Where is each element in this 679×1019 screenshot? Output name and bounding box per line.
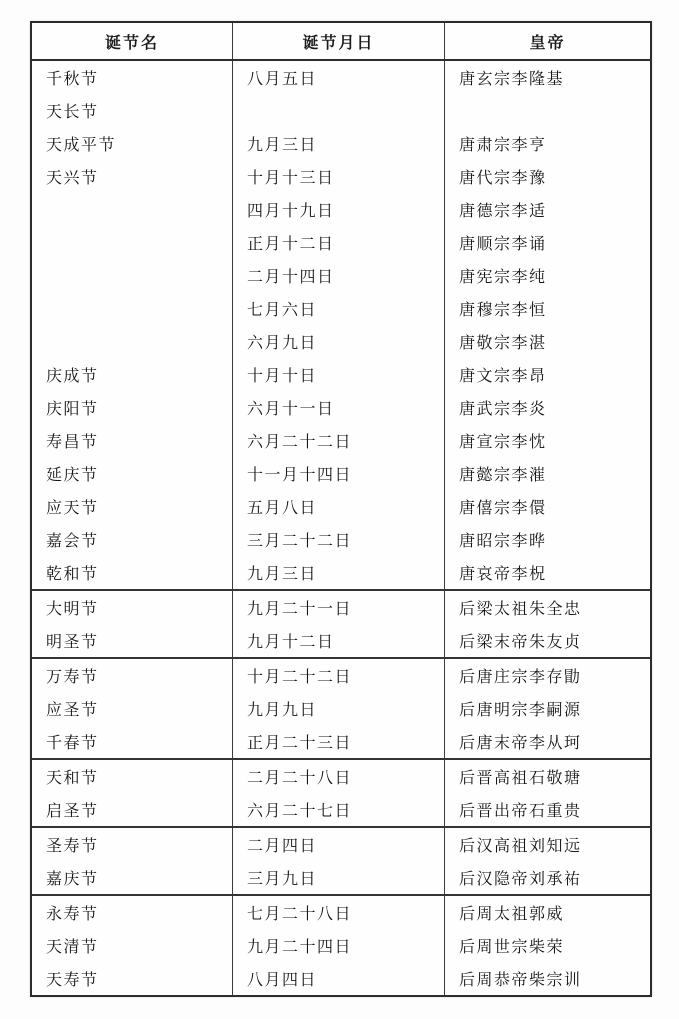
table-row: 正月十二日唐顺宗李诵 (32, 226, 650, 259)
table-row: 大明节九月二十一日后梁太祖朱全忠 (32, 591, 650, 624)
festival-date-cell: 八月四日 (233, 962, 445, 995)
emperor-cell: 唐僖宗李儇 (445, 490, 650, 523)
festival-name-cell: 天清节 (32, 929, 233, 962)
festival-name-cell (32, 325, 233, 358)
festival-date-cell: 九月二十四日 (233, 929, 445, 962)
festival-name-cell (32, 226, 233, 259)
emperor-cell: 后汉高祖刘知远 (445, 828, 650, 861)
table-row: 天和节二月二十八日后晋高祖石敬瑭 (32, 760, 650, 793)
table-row: 万寿节十月二十二日后唐庄宗李存勖 (32, 659, 650, 692)
festival-date-cell: 十月十三日 (233, 160, 445, 193)
emperor-cell: 唐肃宗李亨 (445, 127, 650, 160)
festival-date-cell: 三月二十二日 (233, 523, 445, 556)
table-section: 大明节九月二十一日后梁太祖朱全忠明圣节九月十二日后梁末帝朱友贞 (32, 591, 650, 659)
table-section: 永寿节七月二十八日后周太祖郭威天清节九月二十四日后周世宗柴荣天寿节八月四日后周恭… (32, 896, 650, 995)
festival-date-cell: 五月八日 (233, 490, 445, 523)
festival-name-cell: 千秋节 (32, 61, 233, 94)
table-row: 乾和节九月三日唐哀帝李柷 (32, 556, 650, 589)
table-row: 明圣节九月十二日后梁末帝朱友贞 (32, 624, 650, 657)
table-row: 寿昌节六月二十二日唐宣宗李忱 (32, 424, 650, 457)
table-row: 天兴节十月十三日唐代宗李豫 (32, 160, 650, 193)
festival-date-cell: 七月二十八日 (233, 896, 445, 929)
table-body: 千秋节八月五日唐玄宗李隆基天长节天成平节九月三日唐肃宗李亨天兴节十月十三日唐代宗… (32, 61, 650, 995)
emperor-cell: 唐敬宗李湛 (445, 325, 650, 358)
emperor-cell: 后周世宗柴荣 (445, 929, 650, 962)
emperor-cell: 唐宪宗李纯 (445, 259, 650, 292)
festival-date-cell: 十月二十二日 (233, 659, 445, 692)
festival-date-cell: 二月十四日 (233, 259, 445, 292)
emperor-cell: 唐哀帝李柷 (445, 556, 650, 589)
festival-name-cell: 天和节 (32, 760, 233, 793)
festival-date-cell: 七月六日 (233, 292, 445, 325)
festival-date-cell: 正月十二日 (233, 226, 445, 259)
festival-date-cell: 九月三日 (233, 127, 445, 160)
table-row: 嘉庆节三月九日后汉隐帝刘承祐 (32, 861, 650, 894)
festival-name-cell: 应天节 (32, 490, 233, 523)
header-festival-date: 诞节月日 (233, 23, 445, 59)
festival-name-cell: 天寿节 (32, 962, 233, 995)
festival-name-cell: 千春节 (32, 725, 233, 758)
festival-name-cell: 永寿节 (32, 896, 233, 929)
festival-date-cell: 二月四日 (233, 828, 445, 861)
festival-date-cell: 六月二十二日 (233, 424, 445, 457)
table-row: 七月六日唐穆宗李恒 (32, 292, 650, 325)
table-row: 应圣节九月九日后唐明宗李嗣源 (32, 692, 650, 725)
festival-name-cell: 万寿节 (32, 659, 233, 692)
festival-name-cell: 庆阳节 (32, 391, 233, 424)
festival-date-cell: 九月九日 (233, 692, 445, 725)
table-row: 六月九日唐敬宗李湛 (32, 325, 650, 358)
festival-date-cell: 三月九日 (233, 861, 445, 894)
festival-name-cell: 嘉庆节 (32, 861, 233, 894)
festival-date-cell: 九月十二日 (233, 624, 445, 657)
festival-name-cell: 天兴节 (32, 160, 233, 193)
festival-date-cell: 六月十一日 (233, 391, 445, 424)
table-row: 天成平节九月三日唐肃宗李亨 (32, 127, 650, 160)
festival-date-cell: 二月二十八日 (233, 760, 445, 793)
festival-name-cell: 明圣节 (32, 624, 233, 657)
emperor-cell: 后周太祖郭威 (445, 896, 650, 929)
festival-date-cell (233, 94, 445, 127)
table-row: 圣寿节二月四日后汉高祖刘知远 (32, 828, 650, 861)
table-row: 天长节 (32, 94, 650, 127)
emperor-cell: 唐武宗李炎 (445, 391, 650, 424)
table-row: 千春节正月二十三日后唐末帝李从珂 (32, 725, 650, 758)
festival-name-cell (32, 259, 233, 292)
table-row: 庆成节十月十日唐文宗李昂 (32, 358, 650, 391)
festival-date-cell: 八月五日 (233, 61, 445, 94)
emperor-cell: 唐顺宗李诵 (445, 226, 650, 259)
scanned-page: 诞节名 诞节月日 皇帝 千秋节八月五日唐玄宗李隆基天长节天成平节九月三日唐肃宗李… (0, 0, 679, 1019)
festival-date-cell: 四月十九日 (233, 193, 445, 226)
festival-date-cell: 九月二十一日 (233, 591, 445, 624)
emperor-cell: 唐玄宗李隆基 (445, 61, 650, 94)
emperor-cell: 唐文宗李昂 (445, 358, 650, 391)
emperor-cell: 后梁太祖朱全忠 (445, 591, 650, 624)
emperor-cell: 唐懿宗李漼 (445, 457, 650, 490)
festival-date-cell: 六月二十七日 (233, 793, 445, 826)
table-section: 千秋节八月五日唐玄宗李隆基天长节天成平节九月三日唐肃宗李亨天兴节十月十三日唐代宗… (32, 61, 650, 591)
table-row: 嘉会节三月二十二日唐昭宗李晔 (32, 523, 650, 556)
festival-name-cell: 应圣节 (32, 692, 233, 725)
festival-date-cell: 正月二十三日 (233, 725, 445, 758)
header-emperor: 皇帝 (445, 23, 650, 59)
table-row: 启圣节六月二十七日后晋出帝石重贵 (32, 793, 650, 826)
festival-name-cell: 乾和节 (32, 556, 233, 589)
festival-name-cell: 寿昌节 (32, 424, 233, 457)
emperor-cell: 后周恭帝柴宗训 (445, 962, 650, 995)
header-festival-name: 诞节名 (32, 23, 233, 59)
festival-date-cell: 九月三日 (233, 556, 445, 589)
festival-name-cell: 天长节 (32, 94, 233, 127)
festival-name-cell: 延庆节 (32, 457, 233, 490)
table-row: 庆阳节六月十一日唐武宗李炎 (32, 391, 650, 424)
festival-name-cell: 大明节 (32, 591, 233, 624)
emperor-cell: 后晋高祖石敬瑭 (445, 760, 650, 793)
festival-name-cell: 庆成节 (32, 358, 233, 391)
emperor-cell: 唐代宗李豫 (445, 160, 650, 193)
table-row: 应天节五月八日唐僖宗李儇 (32, 490, 650, 523)
festival-name-cell: 嘉会节 (32, 523, 233, 556)
festival-name-cell (32, 193, 233, 226)
emperor-cell: 唐昭宗李晔 (445, 523, 650, 556)
emperor-cell: 后晋出帝石重贵 (445, 793, 650, 826)
emperor-cell: 后梁末帝朱友贞 (445, 624, 650, 657)
festival-name-cell: 启圣节 (32, 793, 233, 826)
festival-birthday-table: 诞节名 诞节月日 皇帝 千秋节八月五日唐玄宗李隆基天长节天成平节九月三日唐肃宗李… (30, 21, 652, 997)
emperor-cell: 唐德宗李适 (445, 193, 650, 226)
table-row: 天清节九月二十四日后周世宗柴荣 (32, 929, 650, 962)
table-row: 千秋节八月五日唐玄宗李隆基 (32, 61, 650, 94)
table-section: 万寿节十月二十二日后唐庄宗李存勖应圣节九月九日后唐明宗李嗣源千春节正月二十三日后… (32, 659, 650, 760)
table-row: 天寿节八月四日后周恭帝柴宗训 (32, 962, 650, 995)
emperor-cell (445, 94, 650, 127)
emperor-cell: 唐宣宗李忱 (445, 424, 650, 457)
emperor-cell: 后唐庄宗李存勖 (445, 659, 650, 692)
festival-name-cell: 天成平节 (32, 127, 233, 160)
festival-date-cell: 十月十日 (233, 358, 445, 391)
table-header-row: 诞节名 诞节月日 皇帝 (32, 23, 650, 61)
festival-name-cell: 圣寿节 (32, 828, 233, 861)
table-section: 圣寿节二月四日后汉高祖刘知远嘉庆节三月九日后汉隐帝刘承祐 (32, 828, 650, 896)
emperor-cell: 后唐末帝李从珂 (445, 725, 650, 758)
emperor-cell: 后唐明宗李嗣源 (445, 692, 650, 725)
festival-date-cell: 六月九日 (233, 325, 445, 358)
emperor-cell: 后汉隐帝刘承祐 (445, 861, 650, 894)
table-section: 天和节二月二十八日后晋高祖石敬瑭启圣节六月二十七日后晋出帝石重贵 (32, 760, 650, 828)
festival-name-cell (32, 292, 233, 325)
table-row: 延庆节十一月十四日唐懿宗李漼 (32, 457, 650, 490)
table-row: 四月十九日唐德宗李适 (32, 193, 650, 226)
table-row: 二月十四日唐宪宗李纯 (32, 259, 650, 292)
festival-date-cell: 十一月十四日 (233, 457, 445, 490)
emperor-cell: 唐穆宗李恒 (445, 292, 650, 325)
table-row: 永寿节七月二十八日后周太祖郭威 (32, 896, 650, 929)
